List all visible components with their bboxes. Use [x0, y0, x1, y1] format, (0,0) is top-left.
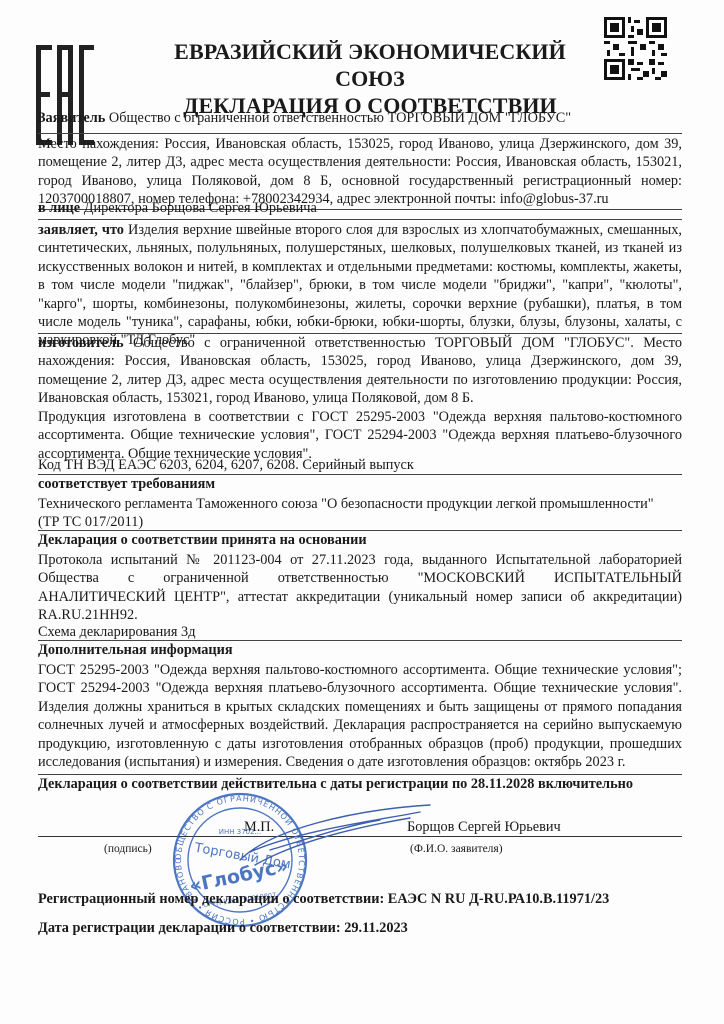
declares-block: заявляет, что Изделия верхние швейные вт… — [38, 221, 682, 350]
document-title: ЕВРАЗИЙСКИЙ ЭКОНОМИЧЕСКИЙ СОЮЗ ДЕКЛАРАЦИ… — [140, 38, 600, 119]
registration-date-value: 29.11.2023 — [344, 920, 408, 936]
basis-value: Протокола испытаний № 201123-004 от 27.1… — [38, 551, 682, 625]
basis-label: Декларация о соответствии принята на осн… — [38, 531, 682, 549]
conforms-value: Технического регламента Таможенного союз… — [38, 495, 682, 532]
manufacturer-block: изготовитель Общество с ограниченной отв… — [38, 334, 682, 408]
declares-value: Изделия верхние швейные второго слоя для… — [38, 222, 682, 348]
registration-date-row: Дата регистрации декларации о соответств… — [38, 919, 682, 937]
manufacturer-codes: Код ТН ВЭД ЕАЭС 6203, 6204, 6207, 6208. … — [38, 456, 682, 474]
divider — [38, 133, 682, 134]
represented-by-value: Директора Борщова Сергея Юрьевича — [84, 200, 317, 216]
title-line-union: ЕВРАЗИЙСКИЙ ЭКОНОМИЧЕСКИЙ СОЮЗ — [140, 38, 600, 92]
applicant-value: Общество с ограниченной ответственностью… — [109, 110, 571, 126]
registration-number-value: ЕАЭС N RU Д-RU.РА10.В.11971/23 — [388, 891, 609, 907]
qr-code-icon — [604, 17, 667, 80]
applicant-row: Заявитель Общество с ограниченной ответс… — [38, 109, 682, 127]
conforms-regulation: Технического регламента Таможенного союз… — [38, 495, 682, 513]
registration-number-row: Регистрационный номер декларации о соотв… — [38, 890, 682, 908]
applicant-location: Место нахождения: Россия, Ивановская обл… — [38, 135, 682, 209]
represented-by-row: в лице Директора Борщова Сергея Юрьевича — [38, 199, 682, 217]
registration-date-label: Дата регистрации декларации о соответств… — [38, 920, 341, 936]
signature-scribble — [180, 790, 440, 880]
manufacturer-value: Общество с ограниченной ответственностью… — [38, 335, 682, 406]
declares-label: заявляет, что — [38, 222, 124, 238]
additional-value: ГОСТ 25295-2003 "Одежда верхняя пальтово… — [38, 661, 682, 771]
additional-label: Дополнительная информация — [38, 641, 682, 659]
represented-by-label: в лице — [38, 200, 80, 216]
applicant-label: Заявитель — [38, 110, 105, 126]
divider — [38, 219, 682, 220]
manufacturer-label: изготовитель — [38, 335, 124, 351]
conforms-label: соответствует требованиям — [38, 475, 682, 493]
registration-number-label: Регистрационный номер декларации о соотв… — [38, 891, 384, 907]
eac-logo-icon — [36, 45, 94, 145]
basis-scheme: Схема декларирования 3д — [38, 623, 682, 641]
declaration-page: ЕВРАЗИЙСКИЙ ЭКОНОМИЧЕСКИЙ СОЮЗ ДЕКЛАРАЦИ… — [0, 0, 724, 1024]
signer-name: Борщов Сергей Юрьевич — [407, 818, 667, 836]
manufacturer-standards: Продукция изготовлена в соответствии с Г… — [38, 408, 682, 463]
